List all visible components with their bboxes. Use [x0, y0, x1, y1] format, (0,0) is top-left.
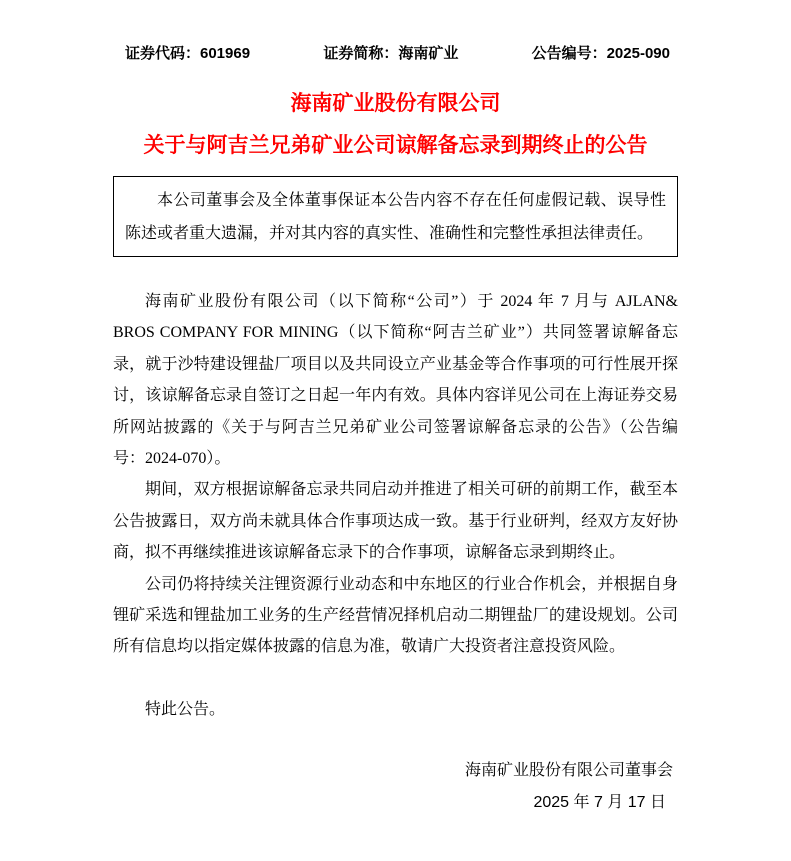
announcement-body: 海南矿业股份有限公司（以下简称“公司”）于 2024 年 7 月与 AJLAN&… [113, 286, 678, 725]
paragraph-termination: 期间，双方根据谅解备忘录共同启动并推进了相关可研的前期工作，截至本公告披露日，双… [113, 474, 678, 568]
closing-statement: 特此公告。 [113, 694, 678, 725]
announcement-document: 证券代码：601969 证券简称：海南矿业 公告编号：2025-090 海南矿业… [0, 0, 791, 861]
paragraph-mou-background: 海南矿业股份有限公司（以下简称“公司”）于 2024 年 7 月与 AJLAN&… [113, 286, 678, 474]
document-header: 证券代码：601969 证券简称：海南矿业 公告编号：2025-090 [113, 45, 678, 63]
board-declaration-text: 本公司董事会及全体董事保证本公告内容不存在任何虚假记载、误导性陈述或者重大遗漏，… [125, 184, 666, 250]
stock-short-name: 证券简称：海南矿业 [323, 45, 458, 63]
paragraph-outlook: 公司仍将持续关注锂资源行业动态和中东地区的行业合作机会，并根据自身锂矿采选和锂盐… [113, 569, 678, 663]
signature-date: 2025 年 7 月 17 日 [113, 786, 678, 819]
board-declaration-box: 本公司董事会及全体董事保证本公告内容不存在任何虚假记载、误导性陈述或者重大遗漏，… [113, 176, 678, 257]
signature-company: 海南矿业股份有限公司董事会 [113, 755, 678, 786]
signature-block: 海南矿业股份有限公司董事会 2025 年 7 月 17 日 [113, 755, 678, 819]
company-title: 海南矿业股份有限公司 [113, 93, 678, 114]
announcement-title: 关于与阿吉兰兄弟矿业公司谅解备忘录到期终止的公告 [113, 135, 678, 156]
stock-code: 证券代码：601969 [125, 45, 250, 63]
announcement-number: 公告编号：2025-090 [532, 45, 670, 63]
